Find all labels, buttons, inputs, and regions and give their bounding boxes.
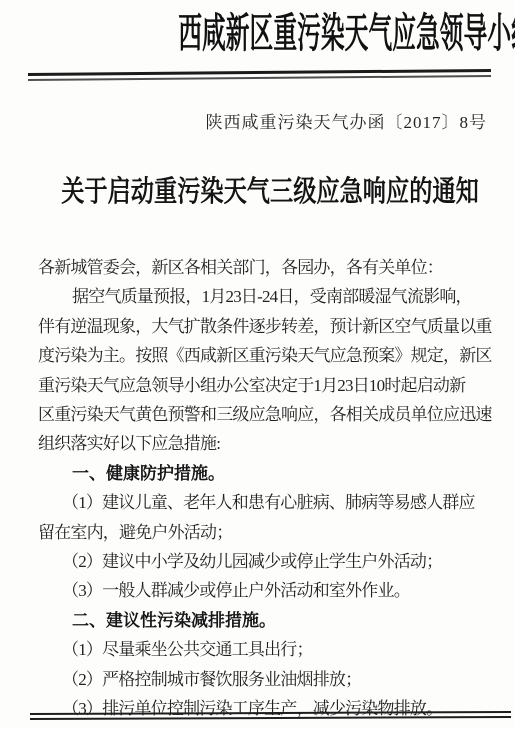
paragraph-line: 伴有逆温现象，大气扩散条件逐步转差，预计新区空气质量以重 [38,312,494,341]
issuing-office-title: 西咸新区重污染天气应急领导小组办公室文件 [178,4,515,62]
list-item-line: （3）一般人群减少或停止户外活动和室外作业。 [38,576,494,605]
document-body: 各新城管委会，新区各相关部门，各园办，各有关单位：据空气质量预报，1月23日-2… [38,253,494,724]
section-heading: 二、建议性污染减排措施。 [38,606,494,635]
document-header-banner: 西咸新区重污染天气应急领导小组办公室文件 [6,4,515,62]
paragraph-line: 据空气质量预报，1月23日-24日，受南部暖湿气流影响， [38,282,494,311]
paragraph-line: 区重污染天气黄色预警和三级应急响应，各相关成员单位应迅速 [38,400,494,429]
paragraph-line: 组织落实好以下应急措施: [38,429,494,458]
list-item-line: （1）建议儿童、老年人和患有心脏病、肺病等易感人群应 [38,488,494,517]
document-page: 西咸新区重污染天气应急领导小组办公室文件 陕西咸重污染天气办函〔2017〕8号 … [0,0,515,729]
document-reference-number: 陕西咸重污染天气办函〔2017〕8号 [206,108,488,133]
paragraph-line: 重污染天气应急领导小组办公室决定于1月23日10时起启动新 [38,371,494,400]
header-separator-rule [28,69,491,81]
paragraph-line: 度污染为主。按照《西咸新区重污染天气应急预案》规定，新区 [38,341,494,370]
list-item-line: （2）建议中小学及幼儿园减少或停止学生户外活动； [38,547,494,576]
salutation-line: 各新城管委会，新区各相关部门，各园办，各有关单位： [38,253,494,282]
section-heading: 一、健康防护措施。 [38,459,494,488]
list-item-line: （2）严格控制城市餐饮服务业油烟排放； [38,665,494,694]
document-title: 关于启动重污染天气三级应急响应的通知 [61,172,479,212]
list-item-line: （1）尽量乘坐公共交通工具出行； [38,635,494,664]
list-item-line: 留在室内，避免户外活动； [38,518,494,547]
document-title-row: 关于启动重污染天气三级应急响应的通知 [9,172,515,212]
